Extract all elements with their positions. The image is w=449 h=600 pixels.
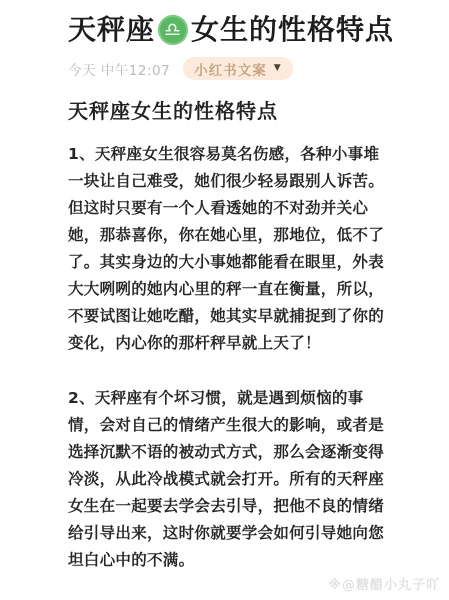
- post-title: 天秤座 ♎ 女生的性格特点: [68, 12, 411, 48]
- libra-glyph: ♎: [164, 12, 182, 48]
- paragraph-1: 1、天秤座女生很容易莫名伤感，各种小事堆一块让自己难受，她们很少轻易跟别人诉苦。…: [68, 141, 388, 357]
- tag-label: 小红书文案: [194, 59, 267, 79]
- post-title-prefix: 天秤座: [68, 12, 155, 48]
- libra-zodiac-icon: ♎: [158, 15, 188, 45]
- post-page: 天秤座 ♎ 女生的性格特点 今天 中午12:07 小红书文案 ▼ 天秤座女生的性…: [0, 0, 449, 574]
- post-subtitle: 天秤座女生的性格特点: [68, 95, 411, 124]
- tag-pill[interactable]: 小红书文案 ▼: [183, 57, 292, 80]
- post-title-suffix: 女生的性格特点: [191, 12, 394, 48]
- post-timestamp: 今天 中午12:07: [68, 59, 170, 79]
- post-meta-row: 今天 中午12:07 小红书文案 ▼: [68, 57, 411, 80]
- chevron-down-icon: ▼: [274, 64, 282, 73]
- watermark: ※@糖醋小丸子吖: [328, 574, 440, 593]
- paragraph-2: 2、天秤座有个坏习惯，就是遇到烦恼的事情，会对自己的情绪产生很大的影响，或者是选…: [68, 385, 388, 574]
